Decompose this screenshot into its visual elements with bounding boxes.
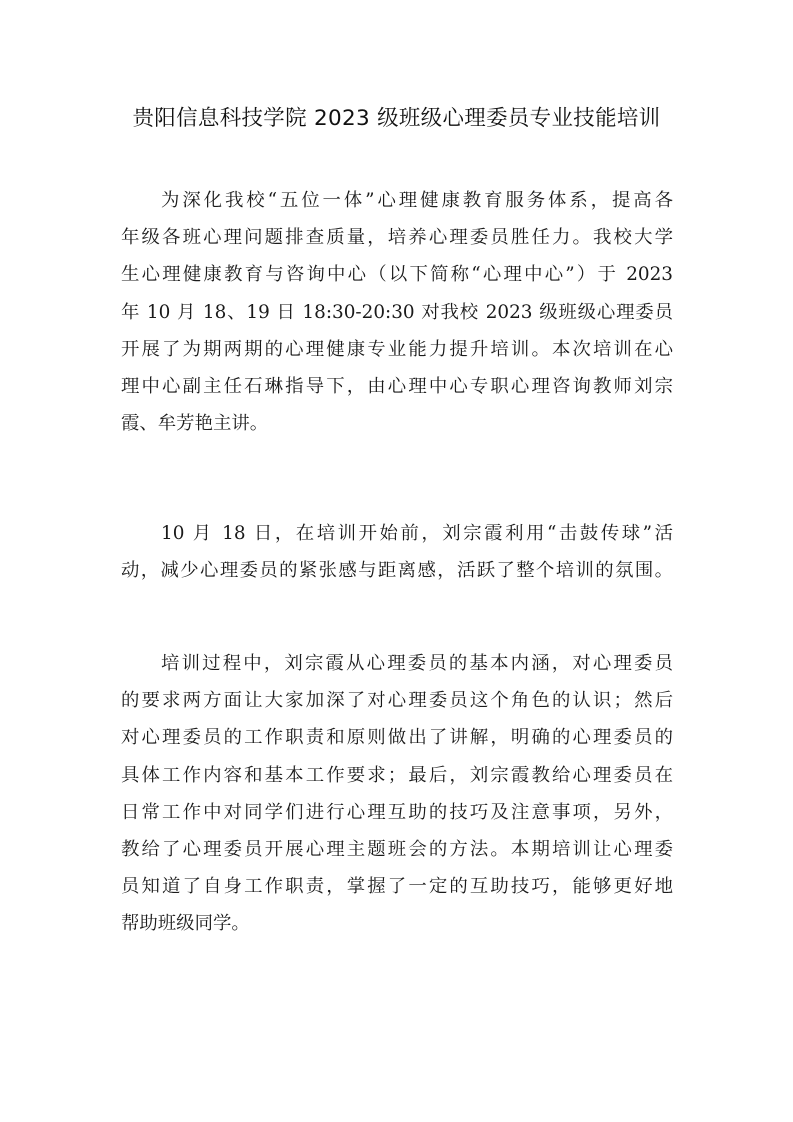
paragraph-line: 理中心副主任石琳指导下，由心理中心专职心理咨询教师刘宗 (121, 368, 673, 405)
paragraph-line: 生心理健康教育与咨询中心（以下简称“心理中心”）于 2023 (121, 256, 673, 293)
paragraph-line: 年 10 月 18、19 日 18:30-20:30 对我校 2023 级班级心… (121, 294, 673, 331)
paragraph-line: 帮助班级同学。 (121, 905, 673, 942)
paragraph-line: 具体工作内容和基本工作要求；最后，刘宗霞教给心理委员在 (121, 757, 673, 794)
paragraph-line: 对心理委员的工作职责和原则做出了讲解，明确的心理委员的 (121, 719, 673, 756)
paragraph-line: 开展了为期两期的心理健康专业能力提升培训。本次培训在心 (121, 331, 673, 368)
paragraph-icebreaker: 10 月 18 日，在培训开始前，刘宗霞利用“击鼓传球”活 动，减少心理委员的紧… (121, 515, 673, 589)
paragraph-line: 年级各班心理问题排查质量，培养心理委员胜任力。我校大学 (121, 219, 673, 256)
document-page: 贵阳信息科技学院 2023 级班级心理委员专业技能培训 为深化我校“五位一体”心… (0, 0, 793, 1122)
paragraph-training-process: 培训过程中，刘宗霞从心理委员的基本内涵，对心理委员 的要求两方面让大家加深了对心… (121, 645, 673, 943)
paragraph-line: 为深化我校“五位一体”心理健康教育服务体系，提高各 (121, 182, 673, 219)
paragraph-line: 10 月 18 日，在培训开始前，刘宗霞利用“击鼓传球”活 (121, 515, 673, 552)
document-title: 贵阳信息科技学院 2023 级班级心理委员专业技能培训 (0, 104, 793, 134)
paragraph-line: 教给了心理委员开展心理主题班会的方法。本期培训让心理委 (121, 831, 673, 868)
paragraph-line: 霞、牟芳艳主讲。 (121, 405, 673, 442)
paragraph-intro: 为深化我校“五位一体”心理健康教育服务体系，提高各 年级各班心理问题排查质量，培… (121, 182, 673, 442)
paragraph-line: 动，减少心理委员的紧张感与距离感，活跃了整个培训的氛围。 (121, 552, 673, 589)
paragraph-line: 日常工作中对同学们进行心理互助的技巧及注意事项，另外， (121, 794, 673, 831)
paragraph-line: 的要求两方面让大家加深了对心理委员这个角色的认识；然后 (121, 682, 673, 719)
paragraph-line: 培训过程中，刘宗霞从心理委员的基本内涵，对心理委员 (121, 645, 673, 682)
paragraph-line: 员知道了自身工作职责，掌握了一定的互助技巧，能够更好地 (121, 868, 673, 905)
